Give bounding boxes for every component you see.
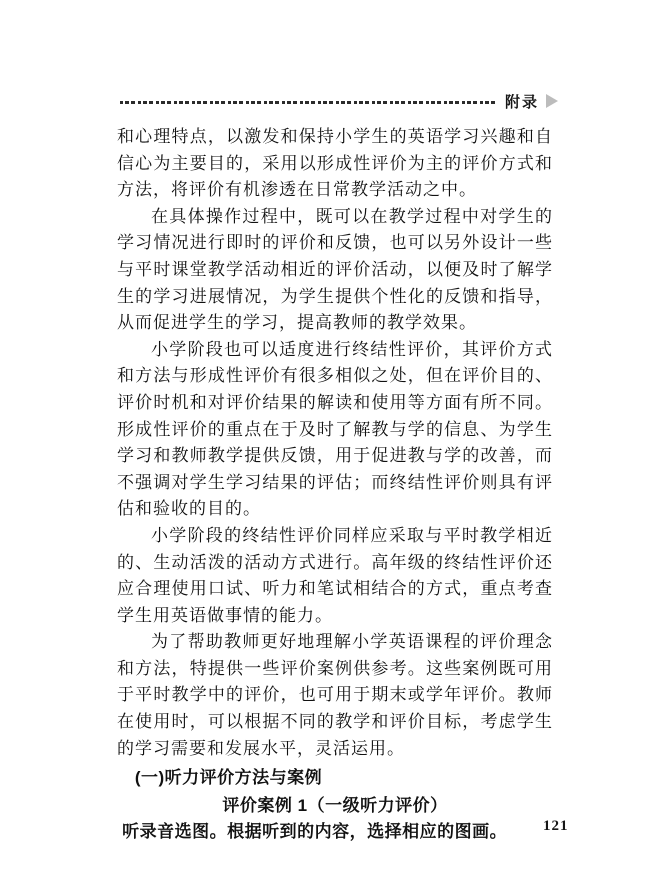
book-page: 附录 和心理特点，以激发和保持小学生的英语学习兴趣和自信心为主要目的，采用以形成…: [0, 0, 668, 891]
case-title-number: 评价案例 1: [222, 796, 307, 815]
body-paragraph: 小学阶段的终结性评价同样应采取与平时教学相近的、生动活泼的活动方式进行。高年级的…: [117, 523, 553, 629]
body-paragraph: 在具体操作过程中，既可以在教学过程中对学生的学习情况进行即时的评价和反馈，也可以…: [117, 204, 553, 337]
body-paragraph: 和心理特点，以激发和保持小学生的英语学习兴趣和自信心为主要目的，采用以形成性评价…: [117, 124, 553, 204]
forward-triangle-icon: [546, 94, 558, 108]
header-dotted-rule: [120, 101, 496, 104]
body-paragraph: 为了帮助教师更好地理解小学英语课程的评价理念和方法，特提供一些评价案例供参考。这…: [117, 629, 553, 762]
header-title: 附录: [505, 91, 539, 112]
instruction-text: 听录音选图。根据听到的内容，选择相应的图画。: [117, 819, 553, 846]
page-content: 和心理特点，以激发和保持小学生的英语学习兴趣和自信心为主要目的，采用以形成性评价…: [117, 124, 553, 846]
case-title-level: （一级听力评价）: [308, 796, 448, 815]
body-paragraph: 小学阶段也可以适度进行终结性评价，其评价方式和方法与形成性评价有很多相似之处，但…: [117, 337, 553, 523]
page-number: 121: [543, 818, 569, 835]
section-heading: (一)听力评价方法与案例: [117, 765, 553, 792]
case-title: 评价案例 1（一级听力评价）: [117, 793, 553, 820]
page-header: 附录: [120, 93, 558, 109]
